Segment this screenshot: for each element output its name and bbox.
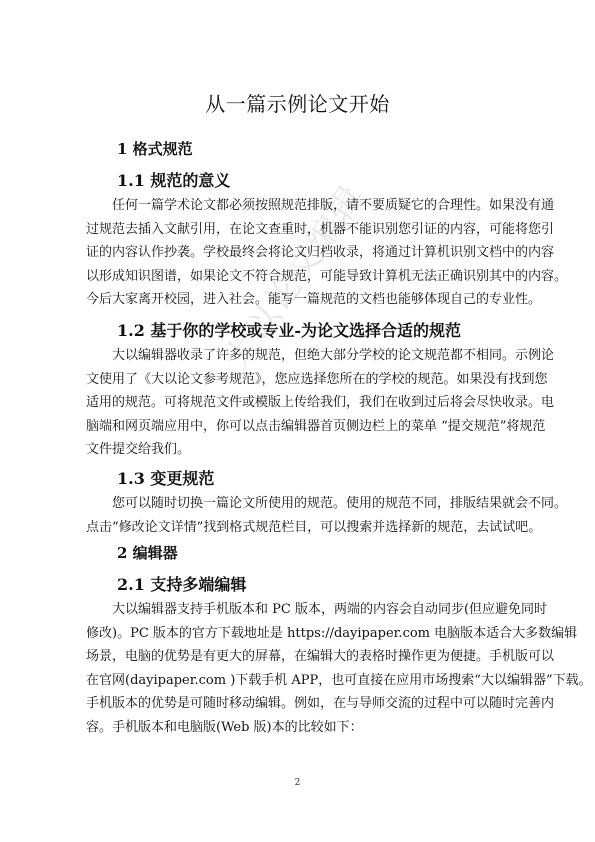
text-line: 手机版本的优势是可随时移动编辑。例如，在与导师交流的过程中可以随时完善内 xyxy=(86,692,524,716)
heading-2: 2 编辑器 xyxy=(117,542,178,563)
text-line: 适用的规范。可将规范文件或模版上传给我们，我们在收到过后将会尽快收录。电 xyxy=(86,391,524,415)
text-line: 在官网(dayipaper.com )下载手机 APP，也可直接在应用市场搜索“… xyxy=(86,669,524,693)
text-line: 脑端和网页端应用中，你可以点击编辑器首页侧边栏上的菜单 “提交规范”将规范 xyxy=(86,415,524,439)
heading-2-1: 2.1 支持多端编辑 xyxy=(117,572,246,595)
heading-1: 1 格式规范 xyxy=(117,138,193,159)
text-line: 文件提交给我们。 xyxy=(86,438,524,462)
paragraph-1-2: 大以编辑器收录了许多的规范，但绝大部分学校的论文规范都不相同。示例论 文使用了《… xyxy=(86,344,524,462)
text-line: 今后大家离开校园，进入社会。能写一篇规范的文档也能够体现自己的专业性。 xyxy=(86,288,524,312)
text-line: 您可以随时切换一篇论文所使用的规范。使用的规范不同，排版结果就会不同。 xyxy=(86,492,524,516)
heading-1-2: 1.2 基于你的学校或专业-为论文选择合适的规范 xyxy=(117,318,461,341)
text-line: 任何一篇学术论文都必须按照规范排版，请不要质疑它的合理性。如果没有通 xyxy=(86,194,524,218)
text-line: 大以编辑器支持手机版本和 PC 版本，两端的内容会自动同步(但应避免同时 xyxy=(86,598,524,622)
text-line: 容。手机版本和电脑版(Web 版)本的比较如下： xyxy=(86,716,524,740)
text-line: 点击“修改论文详情”找到格式规范栏目，可以搜索并选择新的规范，去试试吧。 xyxy=(86,516,524,540)
document-title: 从一篇示例论文开始 xyxy=(0,88,595,117)
text-line: 场景，电脑的优势是有更大的屏幕，在编辑大的表格时操作更为便捷。手机版可以 xyxy=(86,645,524,669)
text-line: 大以编辑器收录了许多的规范，但绝大部分学校的论文规范都不相同。示例论 xyxy=(86,344,524,368)
paragraph-2-1: 大以编辑器支持手机版本和 PC 版本，两端的内容会自动同步(但应避免同时 修改)… xyxy=(86,598,524,740)
heading-1-3: 1.3 变更规范 xyxy=(117,466,214,489)
heading-1-1: 1.1 规范的意义 xyxy=(117,168,230,191)
text-line: 以形成知识图谱，如果论文不符合规范，可能导致计算机无法正确识别其中的内容。 xyxy=(86,265,524,289)
text-line: 修改)。PC 版本的官方下载地址是 https://dayipaper.com … xyxy=(86,622,524,646)
page-number: 2 xyxy=(0,778,595,788)
paragraph-1-1: 任何一篇学术论文都必须按照规范排版，请不要质疑它的合理性。如果没有通 过规范去插… xyxy=(86,194,524,312)
document-page: 大以论文编辑 从一篇示例论文开始 1 格式规范 1.1 规范的意义 任何一篇学术… xyxy=(0,0,595,842)
paragraph-1-3: 您可以随时切换一篇论文所使用的规范。使用的规范不同，排版结果就会不同。 点击“修… xyxy=(86,492,524,539)
text-line: 文使用了《大以论文参考规范》，您应选择您所在的学校的规范。如果没有找到您 xyxy=(86,368,524,392)
text-line: 证的内容认作抄袭。学校最终会将论文归档收录，将通过计算机识别文档中的内容 xyxy=(86,241,524,265)
text-line: 过规范去插入文献引用，在论文查重时，机器不能识别您引证的内容，可能将您引 xyxy=(86,218,524,242)
